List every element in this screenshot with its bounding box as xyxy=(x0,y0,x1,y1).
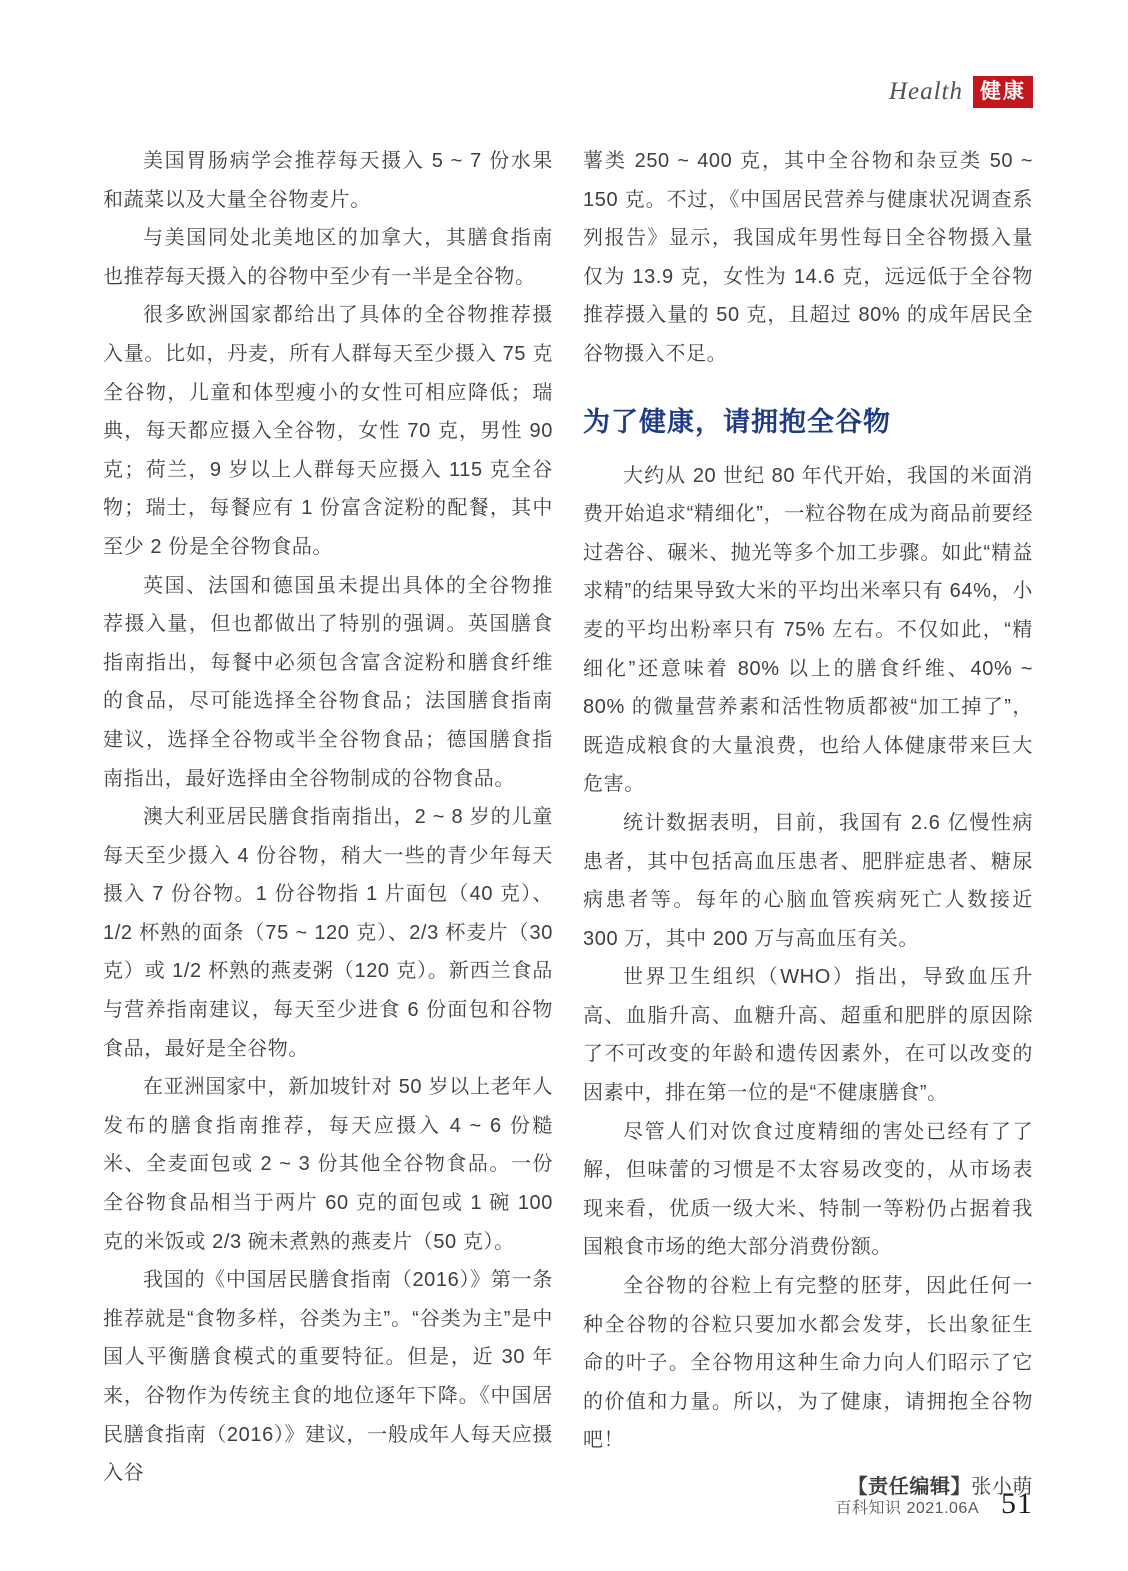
section-heading: 为了健康，请拥抱全谷物 xyxy=(583,400,1033,439)
paragraph: 很多欧洲国家都给出了具体的全谷物推荐摄入量。比如，丹麦，所有人群每天至少摄入 7… xyxy=(103,296,553,566)
paragraph: 与美国同处北美地区的加拿大，其膳食指南也推荐每天摄入的谷物中至少有一半是全谷物。 xyxy=(103,219,553,296)
paragraph: 澳大利亚居民膳食指南指出，2 ~ 8 岁的儿童每天至少摄入 4 份谷物，稍大一些… xyxy=(103,798,553,1068)
left-column: 美国胃肠病学会推荐每天摄入 5 ~ 7 份水果和蔬菜以及大量全谷物麦片。 与美国… xyxy=(103,142,553,1507)
paragraph: 在亚洲国家中，新加坡针对 50 岁以上老年人发布的膳食指南推荐，每天应摄入 4 … xyxy=(103,1068,553,1261)
paragraph: 尽管人们对饮食过度精细的害处已经有了了解，但味蕾的习惯是不太容易改变的，从市场表… xyxy=(583,1113,1033,1267)
page-header: Health 健康 xyxy=(889,76,1033,108)
continuation-paragraph: 薯类 250 ~ 400 克，其中全谷物和杂豆类 50 ~ 150 克。不过，《… xyxy=(583,142,1033,374)
right-column: 薯类 250 ~ 400 克，其中全谷物和杂豆类 50 ~ 150 克。不过，《… xyxy=(583,142,1033,1507)
publication-info: 百科知识 2021.06A xyxy=(836,1495,979,1518)
page-number: 51 xyxy=(1001,1487,1033,1521)
paragraph: 世界卫生组织（WHO）指出，导致血压升高、血脂升高、血糖升高、超重和肥胖的原因除… xyxy=(583,958,1033,1112)
paragraph: 大约从 20 世纪 80 年代开始，我国的米面消费开始追求“精细化”，一粒谷物在… xyxy=(583,457,1033,804)
section-label-english: Health xyxy=(889,78,963,106)
page-footer: 百科知识 2021.06A 51 xyxy=(836,1487,1033,1521)
paragraph: 统计数据表明，目前，我国有 2.6 亿慢性病患者，其中包括高血压患者、肥胖症患者… xyxy=(583,804,1033,958)
paragraph: 全谷物的谷粒上有完整的胚芽，因此任何一种全谷物的谷粒只要加水都会发芽，长出象征生… xyxy=(583,1267,1033,1460)
magazine-page: Health 健康 美国胃肠病学会推荐每天摄入 5 ~ 7 份水果和蔬菜以及大量… xyxy=(0,0,1128,1571)
article-body: 美国胃肠病学会推荐每天摄入 5 ~ 7 份水果和蔬菜以及大量全谷物麦片。 与美国… xyxy=(103,142,1033,1507)
paragraph: 美国胃肠病学会推荐每天摄入 5 ~ 7 份水果和蔬菜以及大量全谷物麦片。 xyxy=(103,142,553,219)
paragraph: 我国的《中国居民膳食指南（2016）》第一条推荐就是“食物多样，谷类为主”。“谷… xyxy=(103,1261,553,1493)
paragraph: 英国、法国和德国虽未提出具体的全谷物推荐摄入量，但也都做出了特别的强调。英国膳食… xyxy=(103,567,553,799)
section-label-chinese-badge: 健康 xyxy=(973,76,1033,108)
